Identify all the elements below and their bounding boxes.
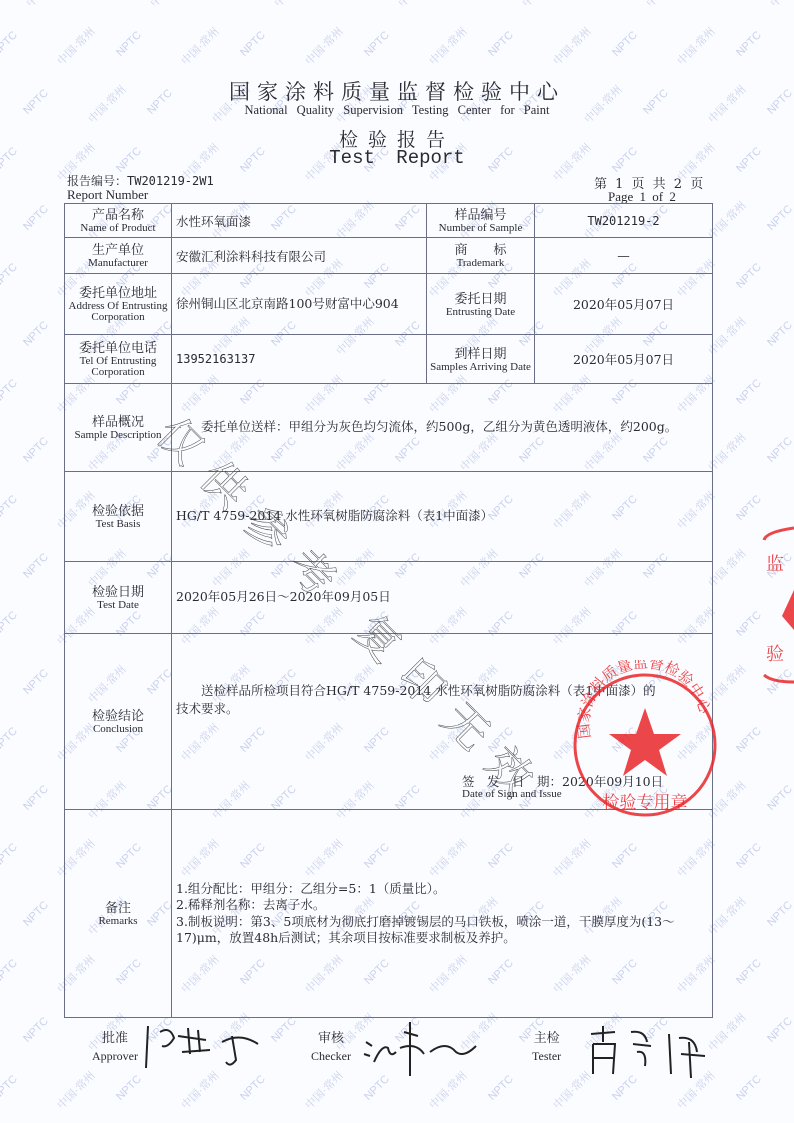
watermark-text: NPTC [0,261,20,291]
watermark-text: NPTC [238,29,268,59]
label-remarks: 备注Remarks [65,810,172,1018]
approver-label: 批准Approver [92,1032,138,1064]
value-manufacturer: 安徽汇利涂料科技有限公司 [172,238,427,274]
watermark-text: NPTC [83,0,113,1]
value-entrusting-date: 2020年05月07日 [535,274,713,335]
label-sample-description: 样品概况Sample Description [65,384,172,472]
watermark-text: NPTC [734,261,764,291]
svg-text:监: 监 [766,554,784,575]
watermark-text: NPTC [0,29,20,59]
value-product-name: 水性环氧面漆 [172,204,427,238]
watermark-text: NPTC [734,957,764,987]
label-test-date: 检验日期Test Date [65,562,172,634]
report-number-label-en: Report Number [67,187,148,203]
label-arriving-date: 到样日期Samples Arriving Date [427,335,535,384]
watermark-text: NPTC [0,841,20,871]
label-entrusting-date: 委托日期Entrusting Date [427,274,535,335]
tester-label: 主检Tester [532,1032,561,1064]
official-seal-stamp: 国家涂料质量监督检验中心 检验专用章 [570,660,720,820]
row-test-basis: 检验依据Test Basis HG/T 4759-2014 水性环氧树脂防腐涂料… [65,472,713,562]
watermark-text: NPTC [765,319,794,349]
center-name-en: National Quality Supervision Testing Cen… [0,103,794,118]
watermark-text: NPTC [0,377,20,407]
approver-signature [140,1018,280,1078]
watermark-text: NPTC [765,435,794,465]
watermark-text: NPTC [734,841,764,871]
watermark-text: NPTC [331,0,361,1]
value-test-date: 2020年05月26日～2020年09月05日 [172,562,713,634]
watermark-text: NPTC [21,667,51,697]
remark-line: 2.稀释剂名称：去离子水。 [176,897,706,913]
watermark-text: NPTC [114,29,144,59]
watermark-text: NPTC [207,0,237,1]
watermark-text: NPTC [21,783,51,813]
label-test-basis: 检验依据Test Basis [65,472,172,562]
row-remarks: 备注Remarks 1.组分配比：甲组分：乙组分=5：1（质量比）。 2.稀释剂… [65,810,713,1018]
watermark-text: NPTC [734,377,764,407]
watermark-text: NPTC [765,899,794,929]
value-remarks: 1.组分配比：甲组分：乙组分=5：1（质量比）。 2.稀释剂名称：去离子水。 3… [172,810,713,1018]
watermark-text: NPTC [579,0,609,1]
row-manufacturer: 生产单位Manufacturer 安徽汇利涂料科技有限公司 商 标Tradema… [65,238,713,274]
value-trademark: — [535,238,713,274]
watermark-text: NPTC [610,29,640,59]
watermark-text: NPTC [0,493,20,523]
value-arriving-date: 2020年05月07日 [535,335,713,384]
watermark-text: NPTC [0,609,20,639]
center-name-cn: 国家涂料质量监督检验中心 [0,76,794,106]
label-product-name: 产品名称Name of Product [65,204,172,238]
value-sample-number: TW201219-2 [535,204,713,238]
watermark-text: 中国·常州 [147,0,192,11]
watermark-text: 中国·常州 [519,0,564,11]
watermark-text: 中国·常州 [426,23,471,68]
label-sample-number: 样品编号Number of Sample [427,204,535,238]
value-sample-description: 委托单位送样：甲组分为灰色均匀流体，约500g，乙组分为黄色透明液体，约200g… [172,384,713,472]
checker-label: 审核Checker [311,1032,351,1064]
svg-text:检验专用章: 检验专用章 [603,792,688,813]
watermark-text: 中国·常州 [302,23,347,68]
watermark-text: 中国·常州 [271,0,316,11]
label-manufacturer: 生产单位Manufacturer [65,238,172,274]
label-tel: 委托单位电话Tel Of Entrusting Corporation [65,335,172,384]
value-tel: 13952163137 [172,335,427,384]
watermark-text: NPTC [0,957,20,987]
svg-text:验: 验 [766,644,784,665]
watermark-text: NPTC [362,29,392,59]
watermark-text: NPTC [455,0,485,1]
watermark-text: NPTC [21,319,51,349]
watermark-text: NPTC [765,783,794,813]
edge-seal-stamp: 监 验 [752,520,794,690]
watermark-text: 中国·常州 [23,0,68,11]
checker-signature [360,1018,500,1078]
row-address: 委托单位地址Address Of Entrusting Corporation … [65,274,713,335]
remark-line: 1.组分配比：甲组分：乙组分=5：1（质量比）。 [176,881,706,897]
watermark-text: 中国·常州 [643,0,688,11]
label-conclusion: 检验结论Conclusion [65,634,172,810]
tester-signature [585,1022,715,1082]
watermark-text: NPTC [21,551,51,581]
watermark-text: 中国·常州 [395,0,440,11]
value-address: 徐州铜山区北京南路100号财富中心904 [172,274,427,335]
watermark-text: NPTC [734,493,764,523]
watermark-text: NPTC [486,29,516,59]
row-product: 产品名称Name of Product 水性环氧面漆 样品编号Number of… [65,204,713,238]
watermark-text: NPTC [0,725,20,755]
watermark-text: NPTC [734,725,764,755]
label-trademark: 商 标Trademark [427,238,535,274]
watermark-text: NPTC [703,0,733,1]
watermark-text: 中国·常州 [178,23,223,68]
label-address: 委托单位地址Address Of Entrusting Corporation [65,274,172,335]
watermark-text: 中国·常州 [674,23,719,68]
row-tel: 委托单位电话Tel Of Entrusting Corporation 1395… [65,335,713,384]
watermark-text: NPTC [21,435,51,465]
remark-line: 3.制板说明：第3、5项底材为彻底打磨掉镀锡层的马口铁板，喷涂一道，干膜厚度为(… [176,914,706,947]
watermark-text: NPTC [21,899,51,929]
watermark-text: NPTC [765,203,794,233]
watermark-text: NPTC [734,29,764,59]
watermark-text: 中国·常州 [54,23,99,68]
watermark-text: 中国·常州 [767,0,794,11]
watermark-text: 中国·常州 [550,23,595,68]
report-title-en: Test Report [0,147,794,169]
watermark-text: NPTC [21,203,51,233]
